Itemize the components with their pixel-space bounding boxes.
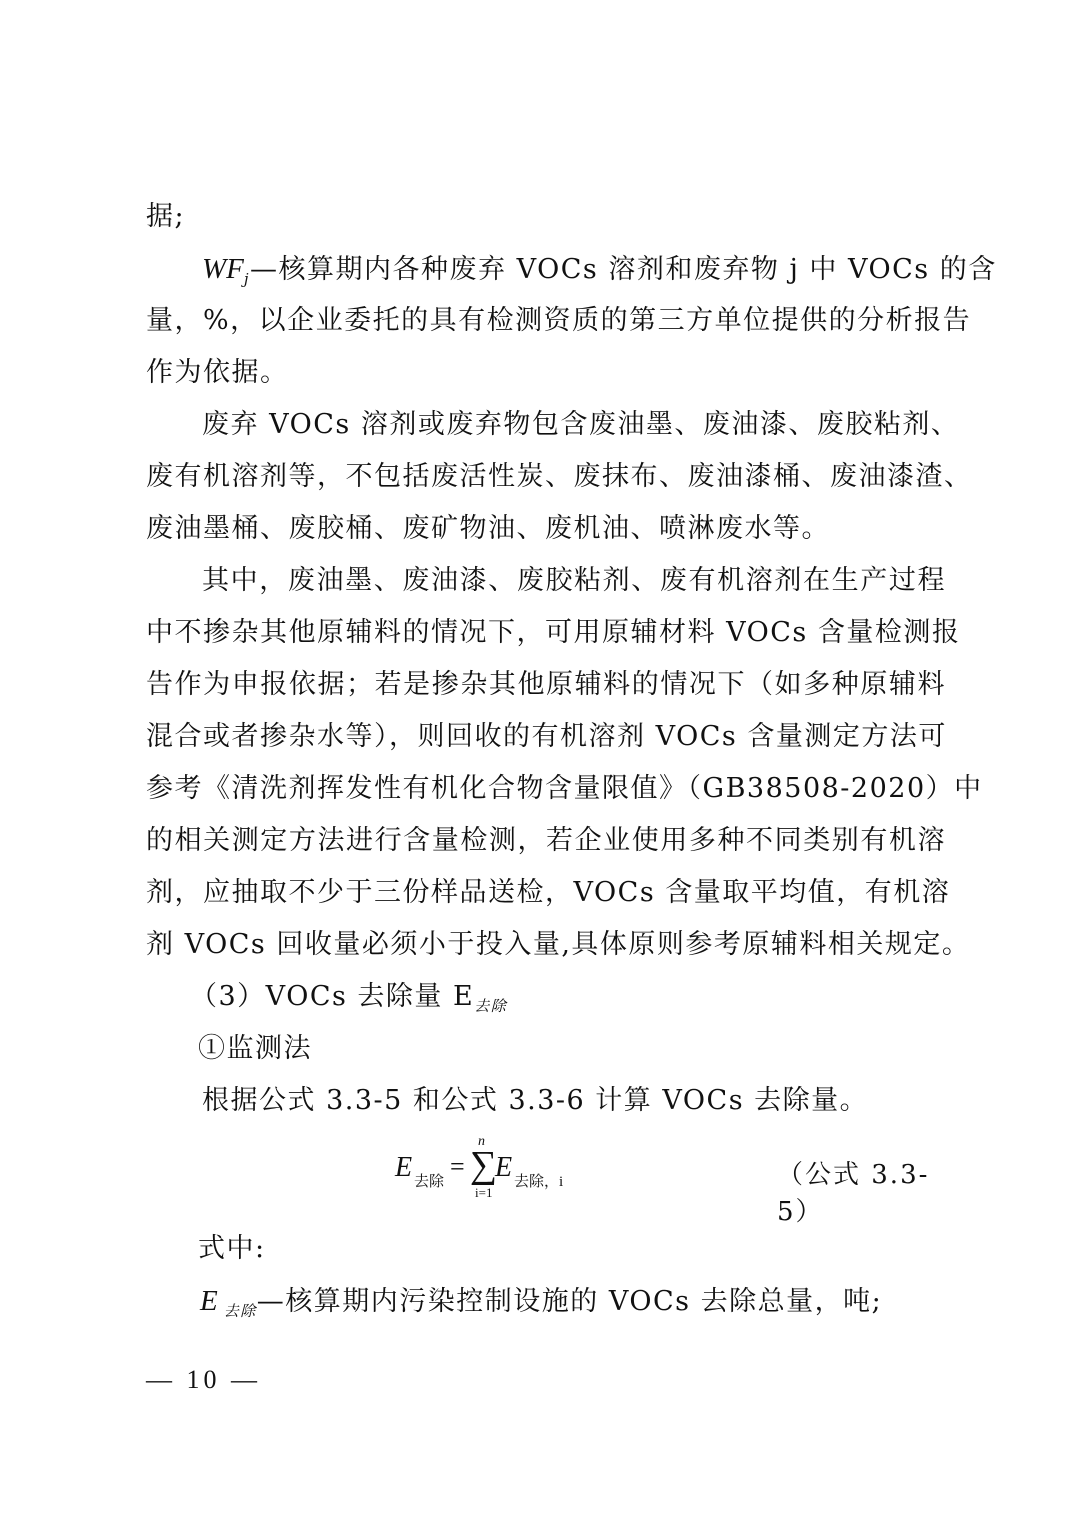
definition-wfj: WFj—核算期内各种废弃 VOCs 溶剂和废弃物 j 中 VOCs 的含: [202, 249, 946, 289]
section-heading: （3）VOCs 去除量 E去除: [190, 977, 990, 1017]
symbol-e: E: [200, 1285, 218, 1317]
formula-label: （公式 3.3-5）: [777, 1154, 955, 1228]
text-line: 剂，应抽取不少于三份样品送检，VOCs 含量取平均值，有机溶: [146, 873, 946, 913]
paragraph-line: 废弃 VOCs 溶剂或废弃物包含废油墨、废油漆、废胶粘剂、: [202, 405, 946, 445]
formula-lhs: E: [395, 1152, 412, 1184]
text-line: 废油墨桶、废胶桶、废矿物油、废机油、喷淋废水等。: [146, 509, 946, 549]
text-line: 量，%，以企业委托的具有检测资质的第三方单位提供的分析报告: [146, 301, 946, 341]
text-line: 告作为申报依据；若是掺杂其他原辅料的情况下（如多种原辅料: [146, 665, 946, 705]
formula-lhs-sub: 去除: [414, 1170, 444, 1191]
text-line: 剂 VOCs 回收量必须小于投入量,具体原则参考原辅料相关规定。: [146, 925, 946, 965]
formula-3-3-5: E 去除 = n ∑ i=1 E 去除，i （公式 3.3-5）: [395, 1140, 955, 1210]
text-line: 式中:: [198, 1229, 998, 1269]
subsection-heading: ①监测法: [198, 1029, 998, 1069]
text-line: 的相关测定方法进行含量检测，若企业使用多种不同类别有机溶: [146, 821, 946, 861]
definition-e-removal: E去除—核算期内污染控制设施的 VOCs 去除总量，吨;: [200, 1281, 1000, 1321]
symbol-wf: WF: [202, 253, 244, 285]
formula-equals: =: [450, 1152, 465, 1182]
text-line: 混合或者掺杂水等），则回收的有机溶剂 VOCs 含量测定方法可: [146, 717, 946, 757]
document-page: 据; WFj—核算期内各种废弃 VOCs 溶剂和废弃物 j 中 VOCs 的含 …: [0, 0, 1080, 1527]
text-line: 废有机溶剂等，不包括废活性炭、废抹布、废油漆桶、废油漆渣、: [146, 457, 946, 497]
formula-rhs: E: [495, 1152, 512, 1184]
text-line: 参考《清洗剂挥发性有机化合物含量限值》（GB38508-2020）中: [146, 769, 946, 809]
page-number: — 10 —: [146, 1362, 261, 1398]
paragraph-line: 其中，废油墨、废油漆、废胶粘剂、废有机溶剂在生产过程: [202, 561, 946, 601]
text-line: 根据公式 3.3-5 和公式 3.3-6 计算 VOCs 去除量。: [202, 1081, 946, 1121]
symbol-subscript: 去除: [224, 1302, 257, 1320]
heading-subscript: 去除: [474, 997, 507, 1015]
formula-rhs-sub: 去除，i: [514, 1170, 563, 1191]
formula-lower-limit: i=1: [475, 1185, 492, 1201]
sigma-icon: ∑: [470, 1145, 497, 1185]
text-line: 作为依据。: [146, 353, 946, 393]
text-line: 中不掺杂其他原辅料的情况下，可用原辅材料 VOCs 含量检测报: [146, 613, 946, 653]
text-line: 据;: [146, 197, 946, 237]
